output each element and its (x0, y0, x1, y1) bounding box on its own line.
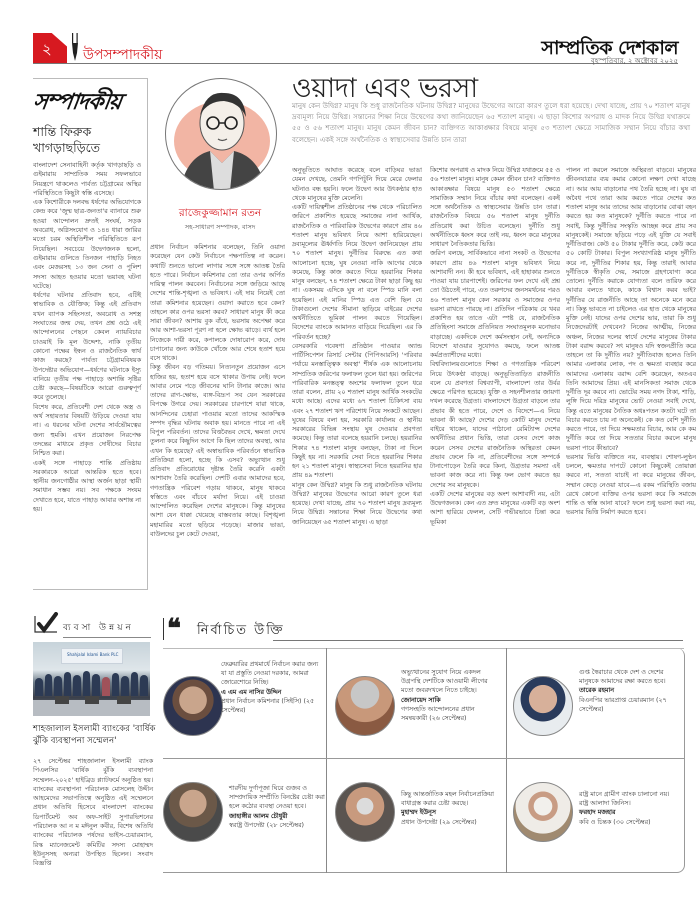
speaker-name: মুহাম্মদ ইউনূস (401, 808, 501, 817)
paragraph: বিশেষ করে, প্রতিবেশী দেশ থেকে অস্ত্র ও অ… (33, 403, 141, 459)
speaker-photo (163, 782, 223, 842)
quote-card: রাষ্ট্র মানে গ্রামীণ ব্যাংক চালানো নয়। … (513, 760, 687, 870)
quotes-section-title: নির্বাচিত উক্তি (197, 621, 285, 642)
paragraph: একটি দেশের মানুষের বড় অংশ আশাবাদী নয়, … (430, 490, 560, 527)
bank-banner-text: Shahjalal Islami Bank PLC (67, 652, 118, 657)
speaker-name: জাহাঙ্গীর আলম চৌধুরী (229, 812, 329, 821)
quote-card: ফেব্রুয়ারির প্রথমার্ধে নির্বাচন করার জন… (163, 648, 337, 758)
quote-mark-icon: ❝ (163, 618, 181, 640)
quote-text: ফেব্রুয়ারির প্রথমার্ধে নির্বাচন করার জন… (221, 661, 318, 686)
paragraph: মানুষ কেন উদ্বিগ্ন? মানুষ কি শুধু রাজনৈত… (292, 481, 422, 527)
article-lede: মানুষ কেন উদ্বিগ্ন? মানুষ কি শুধু রাজনৈত… (292, 101, 690, 146)
paragraph: পালন না করলে সমাজে অস্থিরতা বাড়বে। মানু… (566, 166, 696, 453)
author-portrait (165, 78, 277, 190)
speaker-role: স্বরাষ্ট্র উপদেষ্টা (২৮ সেপ্টেম্বর) (229, 821, 329, 830)
paragraph: একই সঙ্গে পাহাড়ে শান্তি প্রতিষ্ঠায় সরক… (33, 459, 141, 515)
paragraph: কিশোর অপরাধ ও মাদক নিয়ে উদ্বিগ্ন যথাক্র… (430, 166, 560, 249)
quote-text: কিছু আন্তর্জাতিক মহল নির্বাচনপ্রক্রিয়া … (401, 791, 494, 807)
quote-text: অভ্যুত্থানের সুযোগ নিয়ে একদল উগ্রপন্থি … (401, 669, 488, 694)
editorial-label: সম্পাদকীয় (30, 85, 143, 122)
quote-card: অভ্যুত্থানের সুযোগ নিয়ে একদল উগ্রপন্থি … (335, 648, 509, 758)
paragraph: অনুভূতিতে আঘাত করেছে বলে বাড়িঘর ভাঙা যে… (292, 166, 422, 203)
business-news-photo: Shahjalal Islami Bank PLC (33, 642, 150, 716)
paragraph: এক কিশোরীকে দলবদ্ধ ধর্ষণের অভিযোগকে কেন্… (33, 198, 141, 291)
speaker-photo (335, 676, 395, 736)
speaker-role: প্রধান নির্বাচন কমিশনার (সিইসি) (২৫ সেপ্… (221, 697, 321, 715)
business-section-label: ব্যবসা উন্নয়ন (63, 620, 151, 638)
paragraph: একটি দায়িত্বশীল প্রতিষ্ঠানের পক্ষ থেকে … (292, 203, 422, 342)
editorial-title: শান্তি ফিরুক খাগড়াছড়িতে (33, 124, 141, 156)
speaker-name: জোনায়েদ সাকি (401, 696, 501, 705)
business-news-title: শাহজালাল ইসলামী ব্যাংকের 'বার্ষিক ঝুঁকি … (33, 723, 158, 747)
section-name: উপসম্পাদকীয় (83, 43, 162, 67)
author-name: রাজেকুজ্জামান রতন (150, 206, 290, 223)
paragraph: জরিপ বলছে, সার্বিকভাবে নানা সংকট ও উদ্বে… (430, 249, 560, 360)
speaker-photo (513, 676, 573, 736)
quote-text: রাষ্ট্র মানে গ্রামীণ ব্যাংক চালানো নয়। … (579, 791, 669, 807)
paragraph: বিশ্ববিদ্যালয়গুলোতে শিক্ষা ও গণতান্ত্রি… (430, 360, 560, 490)
quote-text: গুপ্ত স্বৈরাচার থেকে দেশ ও দেশের মানুষকে… (579, 669, 666, 685)
article-column-1: প্রধান নির্বাচন কমিশনার বলেছেন, তিনি ওয়… (150, 230, 285, 600)
quote-card: গুপ্ত স্বৈরাচার থেকে দেশ ও দেশের মানুষকে… (513, 648, 687, 758)
author-photo-icon (166, 79, 277, 190)
article-column-2: অনুভূতিতে আঘাত করেছে বলে বাড়িঘর ভাঙা যে… (292, 166, 422, 600)
paragraph: ধর্ষণের ঘটনার প্রতিবাদ হবে, এটিই স্বাভাব… (33, 291, 141, 403)
paragraph: কিন্তু জীবন বড় গতিময়। নিত্যনতুন প্রয়ো… (150, 363, 285, 539)
quotes-section-header: ❝ নির্বাচিত উক্তি (163, 615, 683, 643)
editorial-body: বাংলাদেশ সেনাবাহিনী কর্তৃক খাগড়াছড়ি ও … (33, 161, 141, 514)
speaker-role: গণসংহতি আন্দোলনের প্রধান সমন্বয়কারী (২৬… (401, 705, 501, 723)
quote-card: কিছু আন্তর্জাতিক মহল নির্বাচনপ্রক্রিয়া … (335, 760, 509, 870)
page-number: ২ (33, 33, 67, 63)
speaker-role: প্রধান উপদেষ্টা (২৯ সেপ্টেম্বর) (401, 818, 501, 827)
pen-nib-icon (71, 33, 79, 61)
paragraph: প্রধান নির্বাচন কমিশনার বলেছেন, তিনি ওয়… (150, 243, 285, 363)
masthead: ২ উপসম্পাদকীয় সাম্প্রতিক দেশকাল বৃহস্পত… (33, 30, 678, 64)
checkmark-icon (33, 612, 59, 634)
business-section-header: ব্যবসা উন্নয়ন (33, 612, 150, 636)
article-column-4: পালন না করলে সমাজে অস্থিরতা বাড়বে। মানু… (566, 166, 696, 600)
article-column-3: কিশোর অপরাধ ও মাদক নিয়ে উদ্বিগ্ন যথাক্র… (430, 166, 560, 600)
speaker-role: বিএনপির ভারপ্রাপ্ত চেয়ারম্যান (২৭ সেপ্ট… (579, 696, 679, 714)
quote-text: শারদীয় দুর্গাপূজা ঘিরে গুজব ও সাম্প্রদা… (229, 785, 325, 810)
speaker-name: এ এম এম নাসির উদ্দিন (221, 688, 321, 697)
quotes-grid: ফেব্রুয়ারির প্রথমার্ধে নির্বাচন করার জন… (163, 648, 685, 873)
quote-card: শারদীয় দুর্গাপূজা ঘিরে গুজব ও সাম্প্রদা… (163, 760, 337, 870)
speaker-role: কবি ও চিন্তক (৩০ সেপ্টেম্বর) (579, 818, 679, 827)
speaker-photo (163, 676, 223, 736)
paragraph: বেসরকারি গবেষণা প্রতিষ্ঠান পাওয়ার অ্যান… (292, 342, 422, 481)
speaker-name: ফরহাদ মজহার (579, 808, 679, 817)
issue-date: বৃহস্পতিবার, ২ অক্টোবর ২০২৫ (591, 55, 678, 67)
speaker-photo (335, 782, 395, 842)
paragraph: বাংলাদেশ সেনাবাহিনী কর্তৃক খাগড়াছড়ি ও … (33, 161, 141, 198)
paragraph: ভরসার ভিত্তি ব্যক্তিতে নয়, ব্যবস্থায়। … (566, 453, 696, 518)
speaker-name: তারেক রহমান (579, 686, 679, 695)
speaker-photo (513, 782, 573, 842)
editorial-box: সম্পাদকীয় শান্তি ফিরুক খাগড়াছড়িতে বাং… (33, 78, 148, 590)
business-news-body: ২৭ সেপ্টেম্বর শাহজালাল ইসলামী ব্যাংক পিএ… (33, 757, 153, 869)
